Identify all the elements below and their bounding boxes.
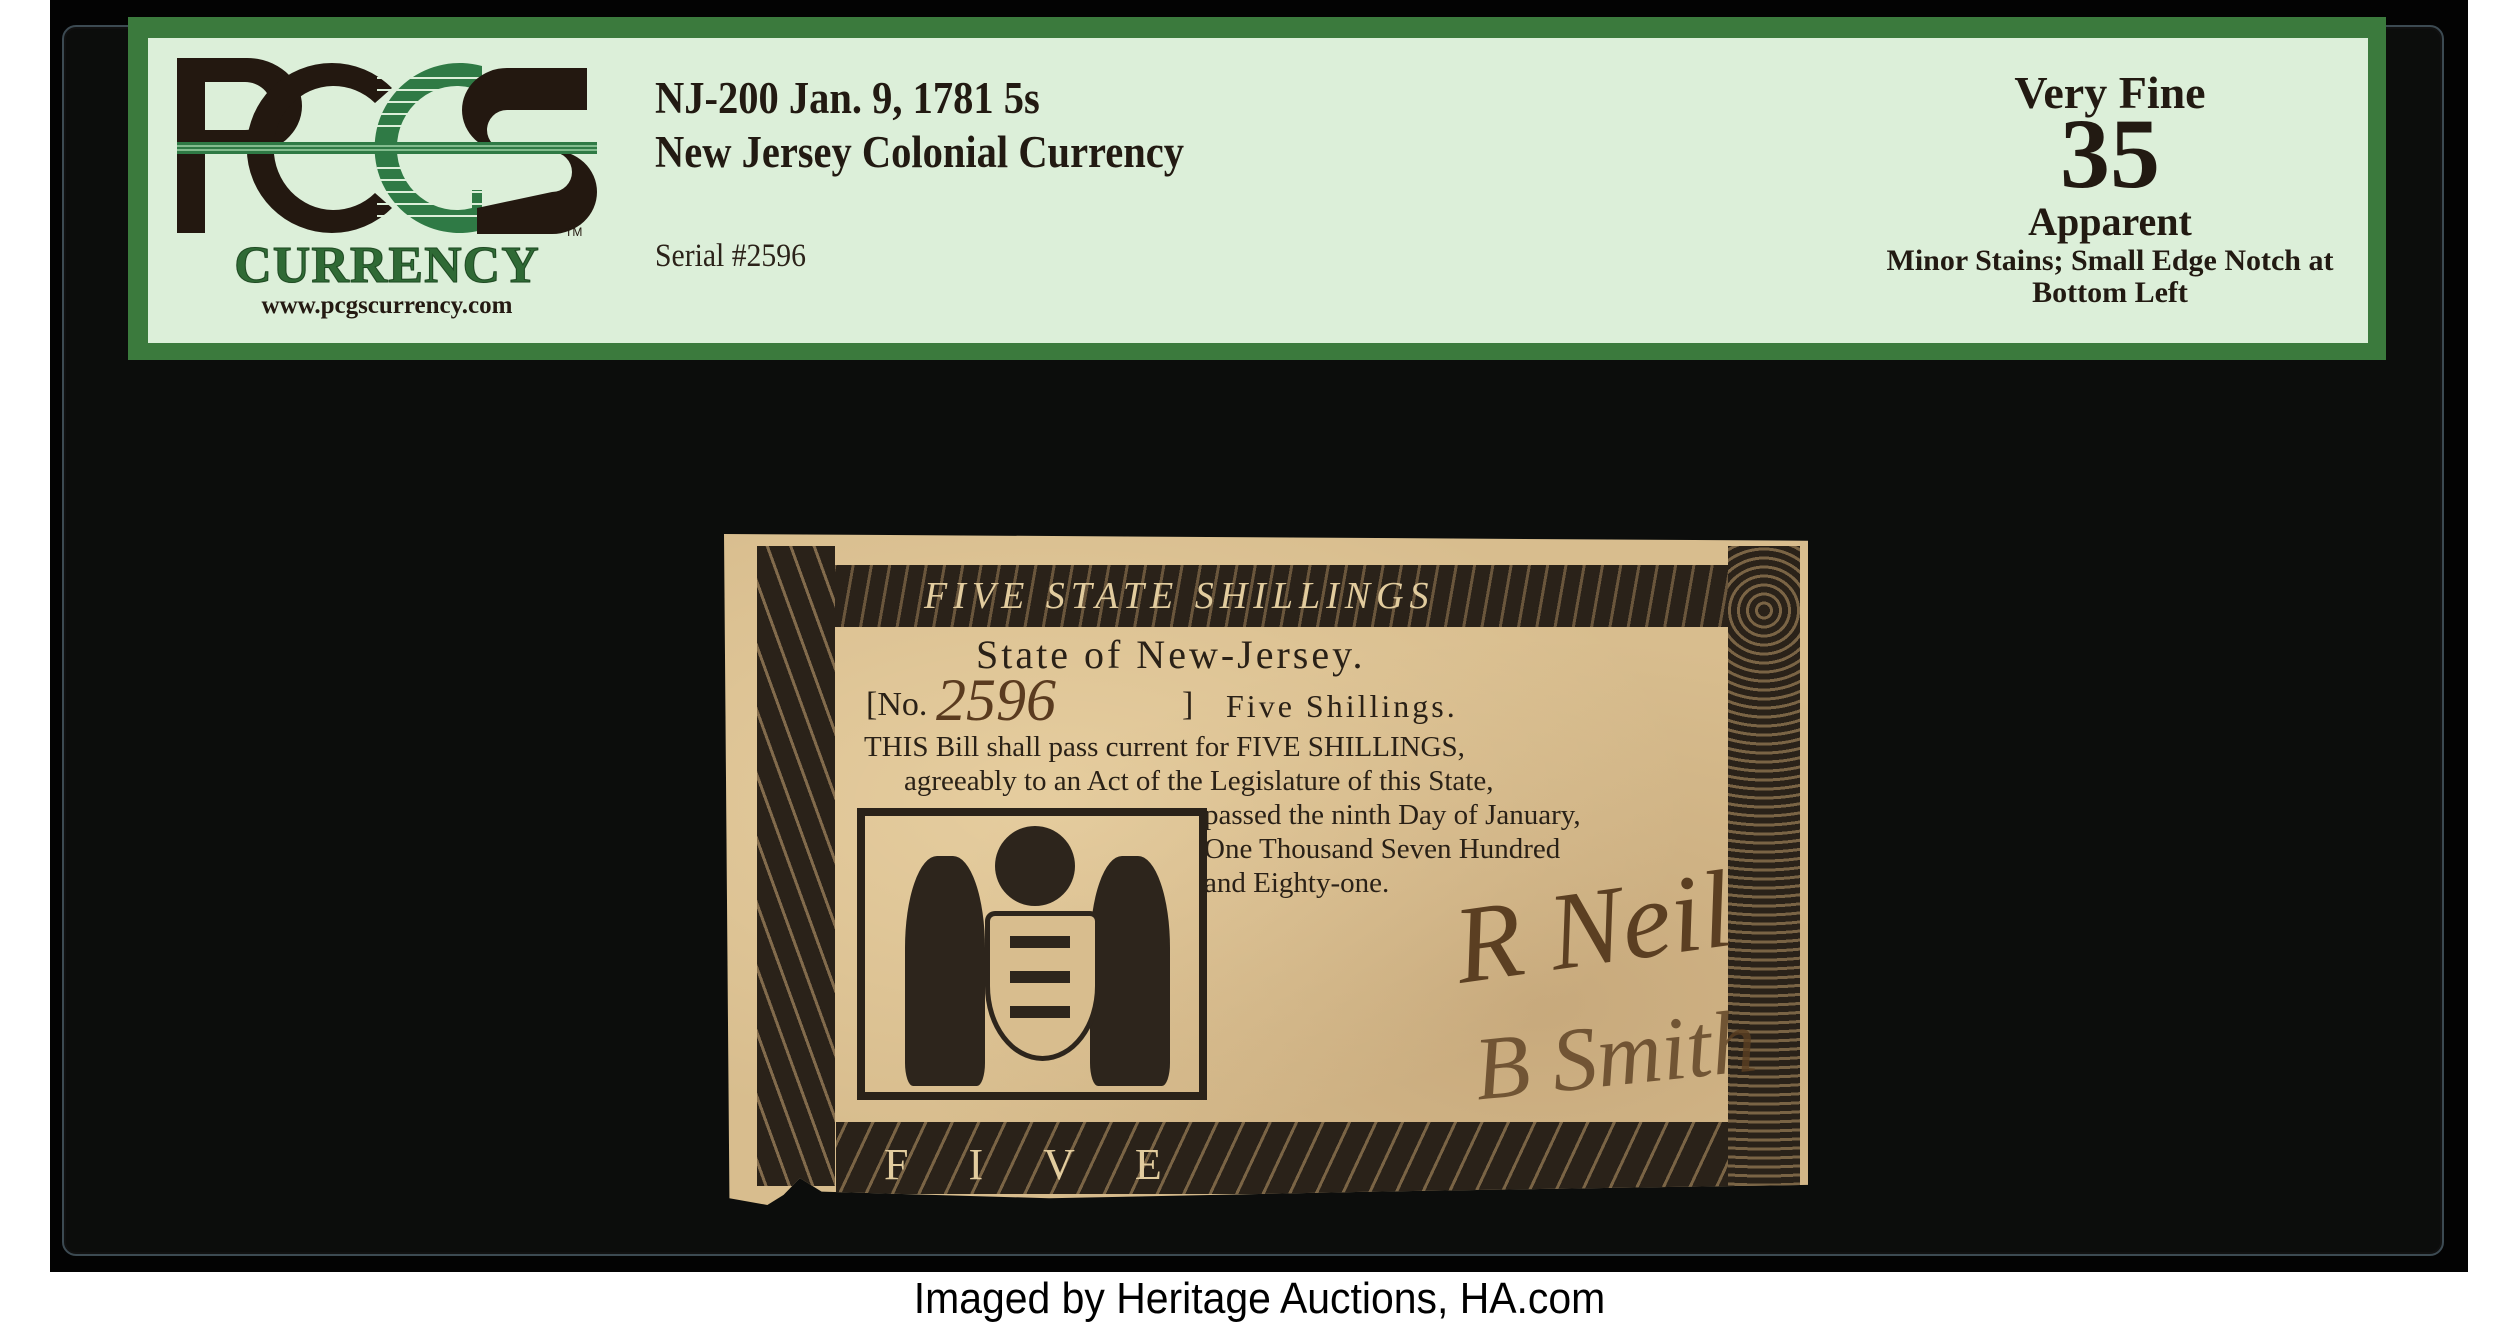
note-body-line: passed the ninth Day of January, bbox=[1204, 798, 1581, 832]
figure-right-icon bbox=[1090, 856, 1170, 1086]
plow-icon bbox=[1010, 1006, 1070, 1018]
note-description: New Jersey Colonial Currency bbox=[655, 126, 1184, 178]
note-bottom-border-text: FIVE bbox=[884, 1139, 1222, 1190]
logo-currency-text: CURRENCY bbox=[177, 236, 597, 295]
grade-comments: Minor Stains; Small Edge Notch at Bottom… bbox=[1850, 245, 2370, 309]
signature-2: B Smith bbox=[1469, 990, 1761, 1122]
grade-number: 35 bbox=[1850, 104, 2370, 204]
horse-head-crest-icon bbox=[995, 826, 1075, 906]
catalog-line: NJ-200 Jan. 9, 1781 5s bbox=[655, 72, 1040, 124]
note-top-border-text: FIVE STATE SHILLINGS bbox=[924, 574, 1435, 618]
note-body-line: agreeably to an Act of the Legislature o… bbox=[864, 764, 1493, 798]
serial-number: Serial #2596 bbox=[655, 238, 806, 275]
note-number-label: [No. bbox=[866, 686, 927, 724]
note-body-line: One Thousand Seven Hundred bbox=[1204, 832, 1581, 866]
pcgs-logo-icon: TM bbox=[177, 58, 597, 238]
figure-left-icon bbox=[905, 856, 985, 1086]
note-left-border bbox=[757, 546, 835, 1186]
grade-comment-line: Minor Stains; Small Edge Notch at bbox=[1850, 245, 2370, 277]
website-link[interactable]: www.pcgscurrency.com bbox=[177, 292, 597, 320]
note-number-bracket: ] bbox=[1182, 686, 1193, 724]
note-body-text: THIS Bill shall pass current for FIVE SH… bbox=[864, 730, 1493, 798]
plow-icon bbox=[1010, 971, 1070, 983]
plow-icon bbox=[1010, 936, 1070, 948]
note-serial-handwritten: 2596 bbox=[936, 666, 1056, 735]
note-body-line: THIS Bill shall pass current for FIVE SH… bbox=[864, 730, 1493, 764]
image-credit: Imaged by Heritage Auctions, HA.com bbox=[88, 1274, 2431, 1324]
shield-icon bbox=[985, 911, 1100, 1061]
coat-of-arms-vignette bbox=[857, 808, 1207, 1100]
grade-comment-line: Bottom Left bbox=[1850, 277, 2370, 309]
note-denomination: Five Shillings. bbox=[1226, 688, 1458, 725]
grade-qualifier: Apparent bbox=[1850, 198, 2370, 245]
banknote: FIVE STATE SHILLINGS FIVE State of New-J… bbox=[724, 534, 1808, 1205]
